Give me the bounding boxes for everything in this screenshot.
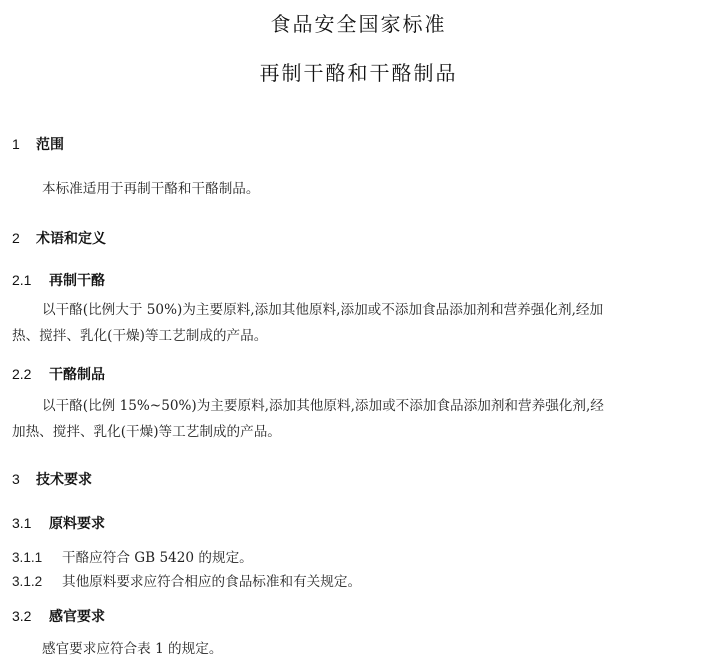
section-title: 技术要求 [36,472,92,488]
clause-number: 3.1.1 [12,550,62,565]
subsection-title: 干酪制品 [49,367,105,383]
section-number: 3 [12,471,36,487]
subsection-title: 再制干酪 [49,273,105,289]
clause-number: 3.1.2 [12,574,62,589]
subsection-2-2-body: 以干酪(比例 15%~50%)为主要原料,添加其他原料,添加或不添加食品添加剂和… [12,393,706,445]
section-1-body: 本标准适用于再制干酪和干酪制品。 [12,176,706,202]
subsection-2-2-heading: 2.2干酪制品 [12,364,105,384]
subsection-2-1-body: 以干酪(比例大于 50%)为主要原料,添加其他原料,添加或不添加食品添加剂和营养… [12,297,706,349]
subsection-3-2-heading: 3.2感官要求 [12,606,105,626]
subsection-2-1-heading: 2.1再制干酪 [12,270,105,290]
subsection-number: 3.1 [12,515,49,531]
clause-3-1-1: 3.1.1干酪应符合 GB 5420 的规定。 [12,546,253,566]
clause-3-1-2: 3.1.2其他原料要求应符合相应的食品标准和有关规定。 [12,570,361,590]
clause-text: 干酪应符合 GB 5420 的规定。 [62,550,253,566]
section-number: 2 [12,230,36,246]
subsection-title: 感官要求 [49,609,105,625]
document-title: 食品安全国家标准 [0,8,717,37]
subsection-title: 原料要求 [49,516,105,532]
section-2-heading: 2术语和定义 [12,228,106,248]
subsection-3-1-heading: 3.1原料要求 [12,513,105,533]
document-subtitle: 再制干酪和干酪制品 [0,57,717,86]
section-3-heading: 3技术要求 [12,469,92,489]
section-1-heading: 1范围 [12,134,64,154]
subsection-number: 2.1 [12,272,49,288]
standard-document: 食品安全国家标准 再制干酪和干酪制品 1范围 本标准适用于再制干酪和干酪制品。 … [0,0,717,669]
section-number: 1 [12,136,36,152]
section-title: 术语和定义 [36,231,106,247]
subsection-number: 3.2 [12,608,49,624]
subsection-3-2-body: 感官要求应符合表 1 的规定。 [12,636,706,662]
clause-text: 其他原料要求应符合相应的食品标准和有关规定。 [62,574,361,590]
subsection-number: 2.2 [12,366,49,382]
section-title: 范围 [36,137,64,153]
